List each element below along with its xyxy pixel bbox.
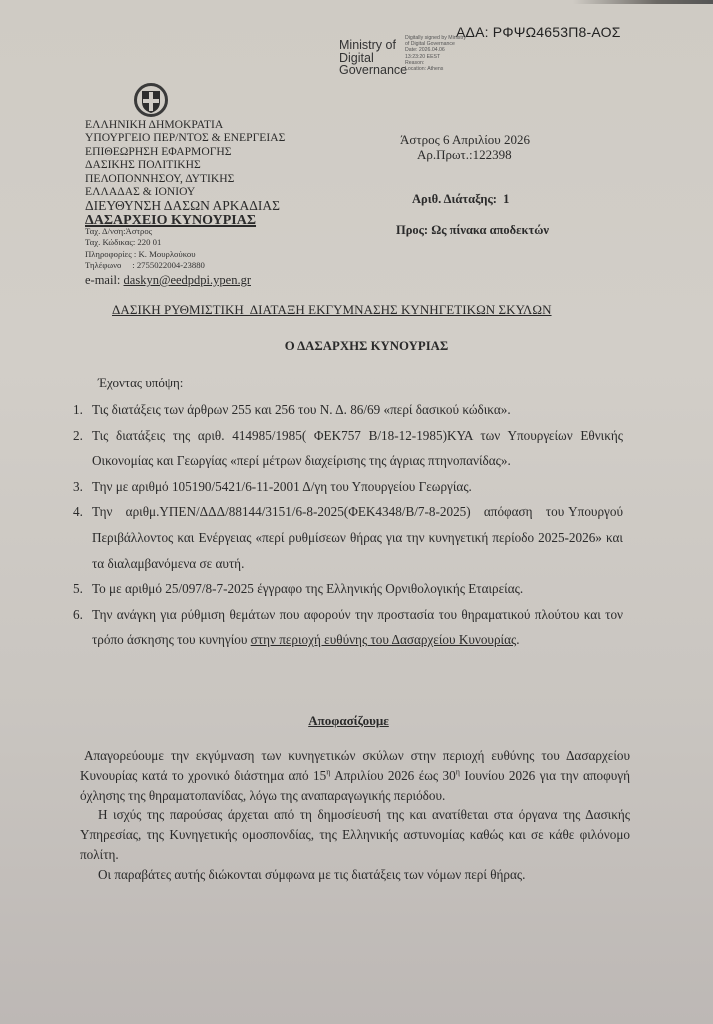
contact-person: Πληροφορίες : Κ. Μουρλούκου: [85, 249, 205, 260]
signature-line: Location: Athens: [405, 66, 466, 72]
ada-code: ΑΔΑ: ΡΦΨΩ4653Π8-ΑΟΣ: [456, 24, 621, 40]
paragraph-text: Απριλίου 2026 έως 30: [330, 768, 455, 783]
item-number: 3.: [73, 474, 92, 500]
digital-signature-details: Digitally signed by Ministry of Digital …: [405, 35, 466, 72]
contact-address: Ταχ. Δ/νση:Άστρος: [85, 226, 205, 237]
decision-paragraph-3: Οι παραβάτες αυτής διώκονται σύμφωνα με …: [80, 865, 630, 885]
item-text: Το με αριθμό 25/097/8-7-2025 έγγραφο της…: [92, 576, 623, 602]
ministry-line: Governance: [339, 64, 407, 77]
item-underlined-text: στην περιοχή ευθύνης του Δασαρχείου Κυνο…: [251, 632, 517, 647]
email-line: e-mail: daskyn@eedpdpi.ypen.gr: [85, 273, 251, 288]
item-text: Τις διατάξεις των άρθρων 255 και 256 του…: [92, 397, 623, 423]
decision-paragraph-2: Η ισχύς της παρούσας άρχεται από τη δημο…: [80, 805, 630, 864]
email-link[interactable]: daskyn@eedpdpi.ypen.gr: [124, 273, 251, 287]
decision-heading: Αποφασίζουμε: [0, 713, 713, 729]
item-text-group: Την ανάγκη για ρύθμιση θεμάτων που αφορο…: [92, 602, 623, 653]
header-line: ΕΠΙΘΕΩΡΗΣΗ ΕΦΑΡΜΟΓΗΣ: [85, 145, 285, 158]
issuer-text: Ο ΔΑΣΑΡΧΗΣ ΚΥΝΟΥΡΙΑΣ: [285, 339, 449, 353]
item-text-tail: .: [516, 632, 519, 647]
header-line: ΠΕΛΟΠΟΝΝΗΣΟΥ, ΔΥΤΙΚΗΣ: [85, 172, 285, 185]
decision-heading-text: Αποφασίζουμε: [308, 713, 389, 728]
item-number: 4.: [73, 499, 92, 576]
contact-details: Ταχ. Δ/νση:Άστρος Ταχ. Κώδικας: 220 01 Π…: [85, 226, 205, 271]
list-item: 6. Την ανάγκη για ρύθμιση θεμάτων που αφ…: [73, 602, 623, 653]
considerations-list: 1. Τις διατάξεις των άρθρων 255 και 256 …: [73, 397, 623, 653]
document-title: ΔΑΣΙΚΗ ΡΥΘΜΙΣΤΙΚΗ ΔΙΑΤΑΞΗ ΕΚΓΥΜΝΑΣΗΣ ΚΥΝ…: [112, 302, 552, 318]
ministry-label: Ministry of Digital Governance: [339, 39, 407, 77]
considering-intro: Έχοντας υπόψη:: [98, 375, 183, 391]
list-item: 4. Την αριθμ.ΥΠΕΝ/ΔΔΔ/88144/3151/6-8-202…: [73, 499, 623, 576]
page-edge-shadow: [573, 0, 713, 4]
decision-paragraph-1: Απαγορεύουμε την εκγύμναση των κυνηγετικ…: [80, 746, 630, 805]
directorate-name: ΔΙΕΥΘΥΝΣΗ ΔΑΣΩΝ ΑΡΚΑΔΙΑΣ: [85, 198, 285, 213]
item-number: 2.: [73, 423, 92, 474]
item-text: Τις διατάξεις της αριθ. 414985/1985( ΦΕΚ…: [92, 423, 623, 474]
item-number: 6.: [73, 602, 92, 653]
ministry-line: Ministry of: [339, 39, 407, 52]
recipients-line: Προς: Ως πίνακα αποδεκτών: [396, 223, 549, 238]
header-line: ΕΛΛΗΝΙΚΗ ΔΗΜΟΚΡΑΤΙΑ: [85, 118, 285, 131]
contact-phone: Τηλέφωνο : 2755022004-23880: [85, 260, 205, 271]
list-item: 1. Τις διατάξεις των άρθρων 255 και 256 …: [73, 397, 623, 423]
header-line: ΕΛΛΑΔΑΣ & ΙΟΝΙΟΥ: [85, 185, 285, 198]
item-number: 1.: [73, 397, 92, 423]
list-item: 5. Το με αριθμό 25/097/8-7-2025 έγγραφο …: [73, 576, 623, 602]
item-number: 5.: [73, 576, 92, 602]
greek-coat-of-arms-icon: [134, 83, 168, 117]
issuer-heading: Ο ΔΑΣΑΡΧΗΣ ΚΥΝΟΥΡΙΑΣ: [0, 339, 713, 354]
email-label: e-mail:: [85, 273, 124, 287]
item-text: Την αριθμ.ΥΠΕΝ/ΔΔΔ/88144/3151/6-8-2025(Φ…: [92, 499, 623, 576]
list-item: 2. Τις διατάξεις της αριθ. 414985/1985( …: [73, 423, 623, 474]
place-date: Άστρος 6 Απριλίου 2026: [400, 132, 530, 147]
item-text: Την με αριθμό 105190/5421/6-11-2001 Δ/γη…: [92, 474, 623, 500]
issuing-authority-header: ΕΛΛΗΝΙΚΗ ΔΗΜΟΚΡΑΤΙΑ ΥΠΟΥΡΓΕΙΟ ΠΕΡ/ΝΤΟΣ &…: [85, 118, 285, 229]
protocol-number: Αρ.Πρωτ.:122398: [417, 147, 512, 163]
order-number: Αριθ. Διάταξης: 1: [412, 192, 509, 207]
decision-body: Απαγορεύουμε την εκγύμναση των κυνηγετικ…: [80, 746, 630, 885]
contact-postcode: Ταχ. Κώδικας: 220 01: [85, 237, 205, 248]
header-line: ΥΠΟΥΡΓΕΙΟ ΠΕΡ/ΝΤΟΣ & ΕΝΕΡΓΕΙΑΣ: [85, 131, 285, 144]
list-item: 3. Την με αριθμό 105190/5421/6-11-2001 Δ…: [73, 474, 623, 500]
header-line: ΔΑΣΙΚΗΣ ΠΟΛΙΤΙΚΗΣ: [85, 158, 285, 171]
